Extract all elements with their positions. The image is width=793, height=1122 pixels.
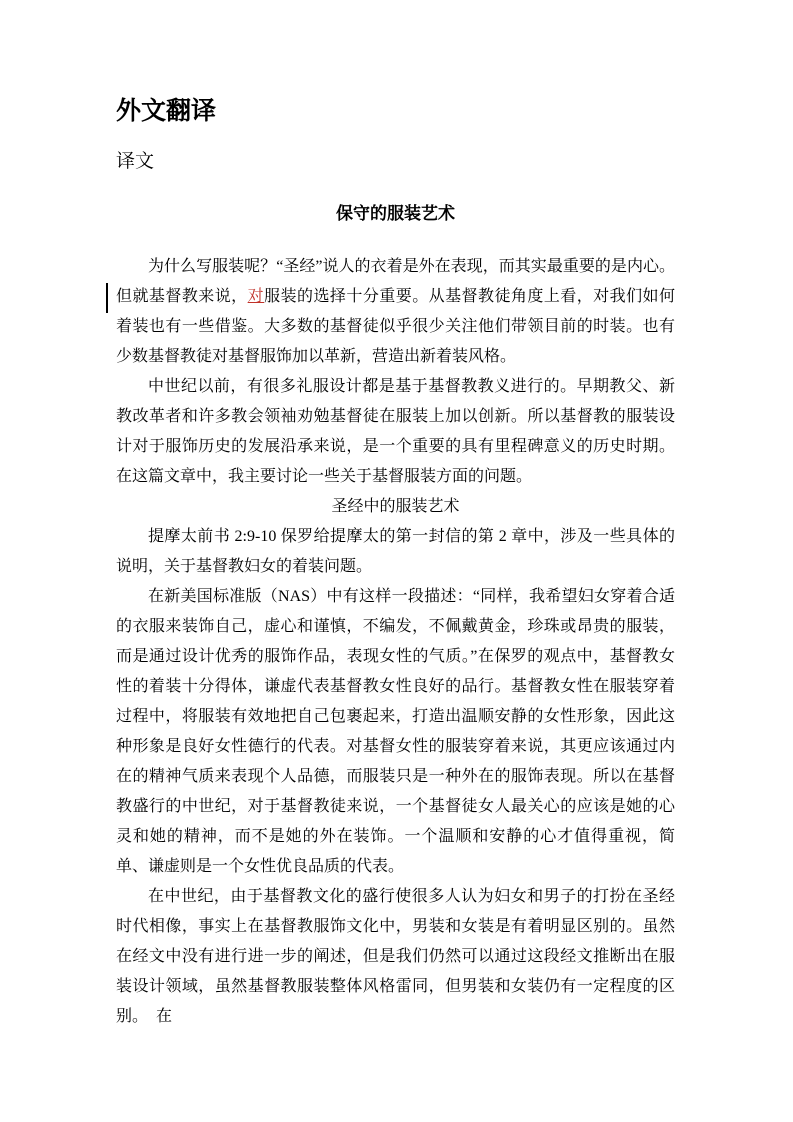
revision-change-bar	[106, 283, 108, 313]
paragraph-3: 提摩太前书 2:9-10 保罗给提摩太的第一封信的第 2 章中，涉及一些具体的说…	[116, 522, 675, 582]
tracked-insertion-text: 对	[248, 288, 264, 305]
paragraph-4: 在新美国标准版（NAS）中有这样一段描述：“同样，我希望妇女穿着合适的衣服来装饰…	[116, 582, 675, 882]
page-subheading: 译文	[116, 150, 675, 174]
paragraph-2: 中世纪以前，有很多礼服设计都是基于基督教教义进行的。早期教父、新教改革者和许多教…	[116, 372, 675, 492]
paragraph-1: 为什么写服装呢？“圣经”说人的衣着是外在表现，而其实最重要的是内心。但就基督教来…	[116, 252, 675, 372]
document-canvas: { "doc": { "heading": "外文翻译", "subheadin…	[0, 0, 793, 1122]
section-heading: 圣经中的服装艺术	[116, 492, 675, 522]
article-body: 为什么写服装呢？“圣经”说人的衣着是外在表现，而其实最重要的是内心。但就基督教来…	[116, 252, 675, 1032]
paragraph-5: 在中世纪，由于基督教文化的盛行使很多人认为妇女和男子的打扮在圣经时代相像，事实上…	[116, 882, 675, 1032]
page-heading: 外文翻译	[116, 96, 675, 127]
document-page: 外文翻译 译文 保守的服装艺术 为什么写服装呢？“圣经”说人的衣着是外在表现，而…	[0, 0, 793, 1122]
article-title: 保守的服装艺术	[116, 203, 675, 225]
